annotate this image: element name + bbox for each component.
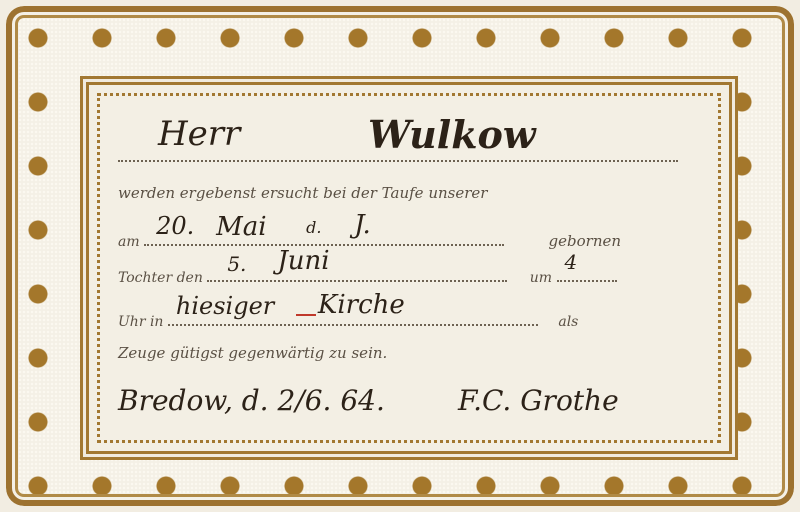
address-line: Herr Wulkow: [118, 114, 688, 162]
label-gebornen: gebornen: [549, 232, 621, 250]
signature-line: Bredow, d. 2/6. 64. F.C. Grothe: [118, 384, 688, 417]
birth-year: J.: [354, 210, 371, 240]
baptism-hour: 4: [565, 250, 578, 274]
salutation: Herr: [158, 114, 240, 154]
invitation-line-3: Tochter den 5. Juni um 4: [118, 258, 688, 286]
invitation-line-5: Zeuge gütigst gegenwärtig zu sein.: [118, 344, 688, 362]
birth-month: Mai: [216, 212, 266, 242]
invitation-line-1: werden ergebenst ersucht bei der Taufe u…: [118, 184, 688, 202]
label-am: am: [118, 234, 140, 250]
invitation-line-4: Uhr in hiesiger Kirche als: [118, 302, 688, 330]
red-mark: [296, 314, 316, 316]
place-date: Bredow, d. 2/6. 64.: [118, 384, 385, 417]
church-name: Kirche: [318, 290, 405, 320]
label-tochter-den: Tochter den: [118, 270, 203, 286]
church-adjective: hiesiger: [176, 292, 274, 320]
label-als: als: [558, 314, 578, 330]
invitation-line-2: am 20. Mai d. J. gebornen: [118, 222, 688, 250]
label-uhr-in: Uhr in: [118, 314, 163, 330]
label-um: um: [530, 270, 552, 286]
birth-d: d.: [306, 218, 321, 237]
baptism-day: 5.: [227, 252, 246, 276]
signature: F.C. Grothe: [458, 384, 619, 417]
baptism-invitation-card: [6, 6, 794, 506]
birth-day: 20.: [156, 212, 194, 240]
recipient-name: Wulkow: [368, 112, 536, 157]
baptism-month: Juni: [277, 246, 329, 276]
